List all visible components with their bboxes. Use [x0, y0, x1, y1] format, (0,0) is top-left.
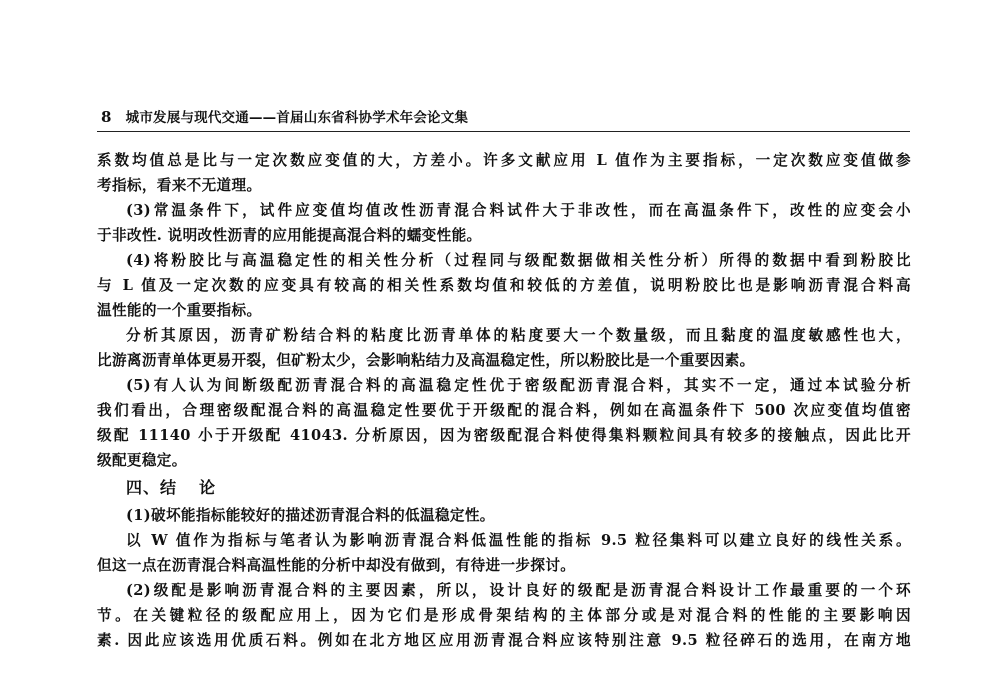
text-line: 系数均值总是比与一定次数应变值的大，方差小。许多文献应用 L 值作为主要指标，一…	[97, 148, 911, 173]
running-title: 城市发展与现代交通——首届山东省科协学术年会论文集	[126, 110, 469, 126]
text-line: 级配 11140 小于开级配 41043. 分析原因，因为密级配混合料使得集料颗…	[97, 423, 911, 448]
section-heading: 四、结论	[97, 473, 911, 503]
text-line: 节。在关键粒径的级配应用上，因为它们是形成骨架结构的主体部分或是对混合料的性能的…	[97, 603, 911, 628]
section-heading-title: 论	[199, 478, 216, 497]
text-line: (1)破坏能指标能较好的描述沥青混合料的低温稳定性。	[97, 503, 911, 528]
text-line: 与 L 值及一定次数的应变具有较高的相关性系数均值和较低的方差值，说明粉胶比也是…	[97, 273, 911, 298]
document-page: 8城市发展与现代交通——首届山东省科协学术年会论文集 系数均值总是比与一定次数应…	[0, 0, 1000, 682]
text-line: (5)有人认为间断级配沥青混合料的高温稳定性优于密级配沥青混合料，其实不一定，通…	[97, 373, 911, 398]
section-heading-number: 四、结	[126, 478, 177, 497]
text-line: 分析其原因，沥青矿粉结合料的粘度比沥青单体的粘度要大一个数量级，而且黏度的温度敏…	[97, 323, 911, 348]
text-line: 温性能的一个重要指标。	[97, 298, 911, 323]
text-line: 但这一点在沥青混合料高温性能的分析中却没有做到，有待进一步探讨。	[97, 553, 911, 578]
running-header: 8城市发展与现代交通——首届山东省科协学术年会论文集	[101, 106, 911, 128]
header-rule	[97, 131, 910, 132]
text-line: (3)常温条件下，试件应变值均值改性沥青混合料试件大于非改性，而在高温条件下，改…	[97, 198, 911, 223]
text-line: 于非改性. 说明改性沥青的应用能提高混合料的蠕变性能。	[97, 223, 911, 248]
text-line: (4)将粉胶比与高温稳定性的相关性分析（过程同与级配数据做相关性分析）所得的数据…	[97, 248, 911, 273]
text-line: (2)级配是影响沥青混合料的主要因素，所以，设计良好的级配是沥青混合料设计工作最…	[97, 578, 911, 603]
text-line: 比游离沥青单体更易开裂，但矿粉太少，会影响粘结力及高温稳定性，所以粉胶比是一个重…	[97, 348, 911, 373]
text-line: 我们看出，合理密级配混合料的高温稳定性要优于开级配的混合料，例如在高温条件下 5…	[97, 398, 911, 423]
page-number: 8	[101, 108, 112, 126]
text-line: 级配更稳定。	[97, 448, 911, 473]
text-line: 素. 因此应该选用优质石料。例如在北方地区应用沥青混合料应该特别注意 9.5 粒…	[97, 628, 911, 653]
text-line: 以 W 值作为指标与笔者认为影响沥青混合料低温性能的指标 9.5 粒径集料可以建…	[97, 528, 911, 553]
text-line: 考指标，看来不无道理。	[97, 173, 911, 198]
body-text: 系数均值总是比与一定次数应变值的大，方差小。许多文献应用 L 值作为主要指标，一…	[97, 148, 911, 653]
